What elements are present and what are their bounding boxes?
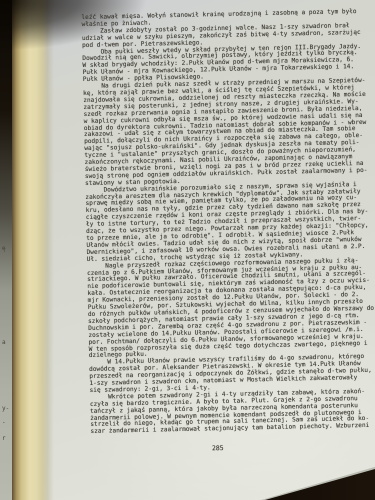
- book-photo: ę a y- - r leźć kawał mięsa. Wołyń stano…: [0, 0, 375, 500]
- edge-text-fragment: a: [2, 340, 6, 346]
- book-gutter-edge: [12, 0, 54, 500]
- edge-text-fragment: ę: [2, 246, 6, 252]
- text-lines: leźć kawał mięsa. Wołyń stanowił krainę …: [81, 9, 375, 437]
- facing-page-edge: ę a y- - r: [0, 0, 12, 500]
- edge-text-fragment: y-: [2, 406, 9, 412]
- page-number: 285: [212, 444, 224, 452]
- page-text: leźć kawał mięsa. Wołyń stanowił krainę …: [81, 9, 375, 485]
- edge-text-fragment: r: [2, 436, 6, 442]
- edge-text-fragment: -: [2, 420, 6, 426]
